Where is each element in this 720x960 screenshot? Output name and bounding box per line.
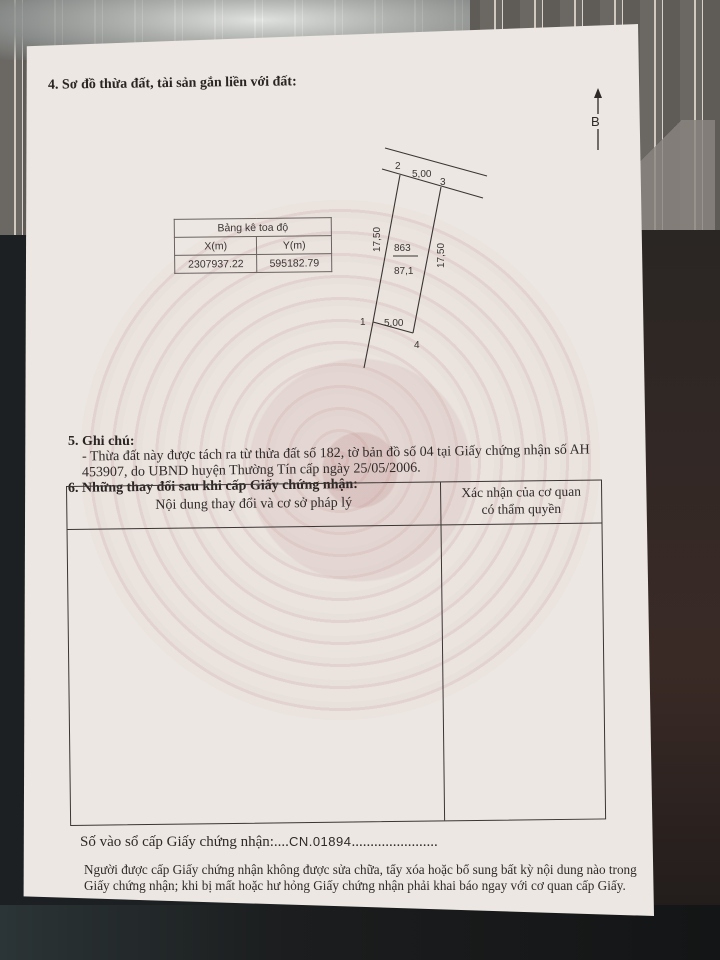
edge-bottom-length: 5,00 xyxy=(384,318,404,329)
changes-col-content-header: Nội dung thay đổi và cơ sở pháp lý xyxy=(67,494,440,515)
column-divider xyxy=(440,482,445,820)
table-row: 2307937.22 595182.79 xyxy=(175,254,332,274)
edge-right-length: 17,50 xyxy=(436,243,447,268)
north-label: B xyxy=(591,114,600,129)
footer-line-2: Giấy chứng nhận; khi bị mất hoặc hư hỏng… xyxy=(84,878,626,894)
parcel-area: 87,1 xyxy=(394,266,414,277)
corner-4: 4 xyxy=(414,340,420,351)
corner-3: 3 xyxy=(440,177,446,188)
changes-table: Nội dung thay đổi và cơ sở pháp lý Xác n… xyxy=(66,479,606,826)
header-divider xyxy=(68,522,602,530)
registry-dots: ....................... xyxy=(351,834,437,850)
coord-header-y: Y(m) xyxy=(257,236,332,255)
parcel-diagram: 2 5,00 3 863 87,1 5,00 1 4 17,50 17,50 xyxy=(350,140,510,380)
authority-header-line-2: có thẩm quyền xyxy=(441,499,601,518)
coord-table-title: Bảng kê toa độ xyxy=(174,218,331,238)
registry-number-line: Số vào sổ cấp Giấy chứng nhận:....CN.018… xyxy=(80,834,438,851)
section5-title: 5. Ghi chú: xyxy=(68,434,135,450)
registry-value: CN.01894 xyxy=(289,834,352,849)
authority-header-line-1: Xác nhận của cơ quan xyxy=(441,482,601,501)
coord-x-value: 2307937.22 xyxy=(175,254,258,273)
footer-line-1: Người được cấp Giấy chứng nhận không đượ… xyxy=(84,862,637,878)
parcel-number: 863 xyxy=(394,243,411,254)
coordinate-table: Bảng kê toa độ X(m) Y(m) 2307937.22 5951… xyxy=(174,217,333,274)
corner-1: 1 xyxy=(360,317,366,328)
edge-left-length: 17,50 xyxy=(372,227,383,252)
coord-header-x: X(m) xyxy=(174,236,257,255)
corner-2: 2 xyxy=(395,161,401,172)
changes-col-authority-header: Xác nhận của cơ quan có thẩm quyền xyxy=(441,482,601,518)
edge-top-length: 5,00 xyxy=(412,169,432,180)
coord-y-value: 595182.79 xyxy=(257,254,332,273)
registry-label: Số vào sổ cấp Giấy chứng nhận:.... xyxy=(80,834,289,850)
north-arrow-icon: B xyxy=(586,86,610,152)
